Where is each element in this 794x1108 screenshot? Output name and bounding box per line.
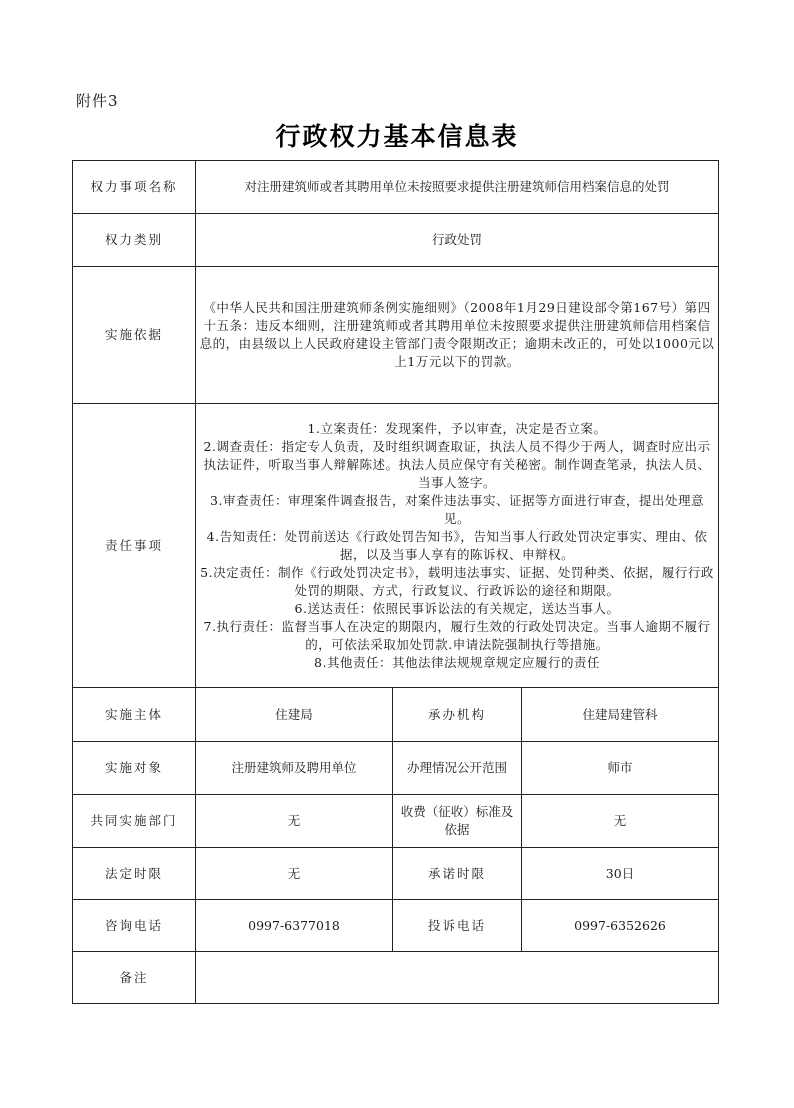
row-phones: 咨询电话 0997-6377018 投诉电话 0997-6352626 [73, 900, 719, 952]
joint-departments-value: 无 [196, 795, 393, 848]
remarks-label: 备注 [73, 952, 196, 1004]
legal-basis-value: 《中华人民共和国注册建筑师条例实施细则》（2008年1月29日建设部令第167号… [196, 267, 719, 404]
responsibility-item: 1.立案责任：发现案件，予以审查，决定是否立案。 [199, 420, 715, 438]
legal-time-limit-value: 无 [196, 848, 393, 900]
implementing-body-value: 住建局 [196, 688, 393, 742]
responsibilities-list: 1.立案责任：发现案件，予以审查，决定是否立案。 2.调查责任：指定专人负责，及… [196, 404, 719, 688]
row-power-category: 权力类别 行政处罚 [73, 214, 719, 267]
disclosure-scope-label: 办理情况公开范围 [393, 742, 522, 795]
responsibility-item: 2.调查责任：指定专人负责，及时组织调查取证，执法人员不得少于两人，调查时应出示… [199, 438, 715, 492]
responsibilities-label: 责任事项 [73, 404, 196, 688]
responsibility-item: 5.决定责任：制作《行政处罚决定书》，载明违法事实、证据、处罚种类、依据，履行行… [199, 564, 715, 600]
responsibility-item: 6.送达责任：依照民事诉讼法的有关规定，送达当事人。 [199, 600, 715, 618]
attachment-label: 附件3 [76, 90, 119, 111]
handling-agency-label: 承办机构 [393, 688, 522, 742]
power-info-table: 权力事项名称 对注册建筑师或者其聘用单位未按照要求提供注册建筑师信用档案信息的处… [72, 160, 719, 1004]
consult-phone-value: 0997-6377018 [196, 900, 393, 952]
row-legal-basis: 实施依据 《中华人民共和国注册建筑师条例实施细则》（2008年1月29日建设部令… [73, 267, 719, 404]
remarks-value [196, 952, 719, 1004]
power-category-value: 行政处罚 [196, 214, 719, 267]
legal-time-limit-label: 法定时限 [73, 848, 196, 900]
row-responsibilities: 责任事项 1.立案责任：发现案件，予以审查，决定是否立案。 2.调查责任：指定专… [73, 404, 719, 688]
implementing-body-label: 实施主体 [73, 688, 196, 742]
responsibility-item: 3.审查责任：审理案件调查报告，对案件违法事实、证据等方面进行审查，提出处理意见… [199, 492, 715, 528]
responsibility-item: 4.告知责任：处罚前送达《行政处罚告知书》，告知当事人行政处罚决定事实、理由、依… [199, 528, 715, 564]
joint-departments-label: 共同实施部门 [73, 795, 196, 848]
row-target: 实施对象 注册建筑师及聘用单位 办理情况公开范围 师市 [73, 742, 719, 795]
complaint-phone-label: 投诉电话 [393, 900, 522, 952]
legal-basis-label: 实施依据 [73, 267, 196, 404]
complaint-phone-value: 0997-6352626 [522, 900, 719, 952]
power-category-label: 权力类别 [73, 214, 196, 267]
power-name-value: 对注册建筑师或者其聘用单位未按照要求提供注册建筑师信用档案信息的处罚 [196, 161, 719, 214]
consult-phone-label: 咨询电话 [73, 900, 196, 952]
disclosure-scope-value: 师市 [522, 742, 719, 795]
target-label: 实施对象 [73, 742, 196, 795]
row-power-name: 权力事项名称 对注册建筑师或者其聘用单位未按照要求提供注册建筑师信用档案信息的处… [73, 161, 719, 214]
page-title: 行政权力基本信息表 [0, 117, 794, 153]
responsibility-item: 8.其他责任：其他法律法规规章规定应履行的责任 [199, 654, 715, 672]
responsibility-item: 7.执行责任：监督当事人在决定的期限内，履行生效的行政处罚决定。当事人逾期不履行… [199, 618, 715, 654]
row-implementing-body: 实施主体 住建局 承办机构 住建局建管科 [73, 688, 719, 742]
promised-time-limit-value: 30日 [522, 848, 719, 900]
row-time-limit: 法定时限 无 承诺时限 30日 [73, 848, 719, 900]
target-value: 注册建筑师及聘用单位 [196, 742, 393, 795]
promised-time-limit-label: 承诺时限 [393, 848, 522, 900]
row-joint-departments: 共同实施部门 无 收费（征收）标准及依据 无 [73, 795, 719, 848]
handling-agency-value: 住建局建管科 [522, 688, 719, 742]
row-remarks: 备注 [73, 952, 719, 1004]
fee-standard-label: 收费（征收）标准及依据 [393, 795, 522, 848]
fee-standard-value: 无 [522, 795, 719, 848]
power-name-label: 权力事项名称 [73, 161, 196, 214]
